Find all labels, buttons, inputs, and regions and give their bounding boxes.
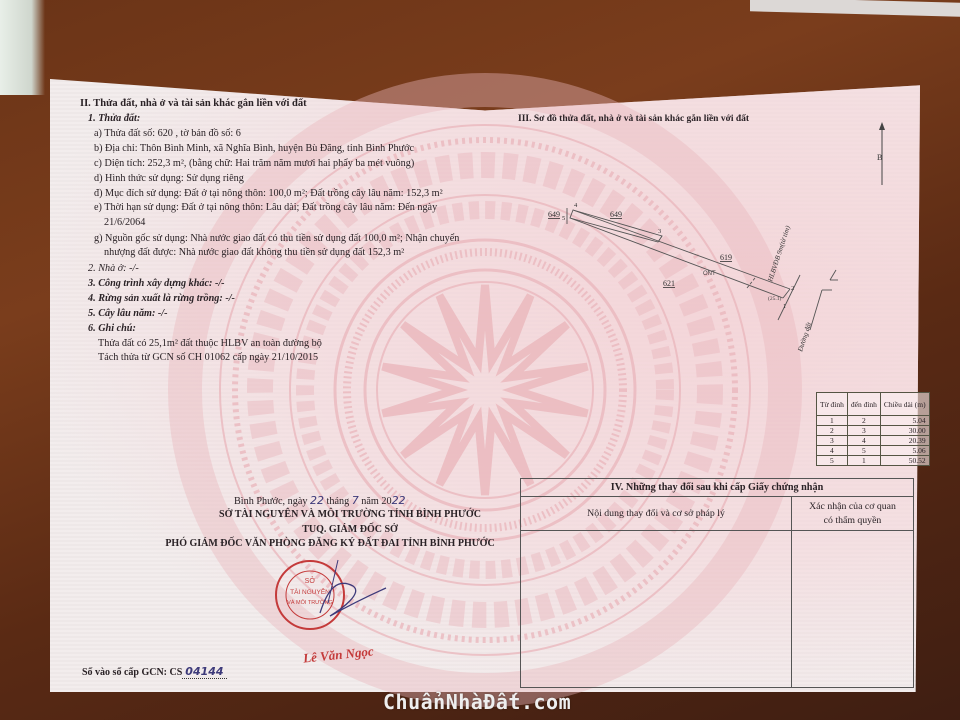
date-prefix: Bình Phước, ngày [234,496,307,507]
edge-length: 50.52 [880,456,929,466]
usage-term: e) Thời hạn sử dụng: Đất ở tại nông thôn… [94,201,437,216]
section-4-title: IV. Những thay đổi sau khi cấp Giấy chứn… [521,479,913,497]
to-vertex: 5 [847,446,880,456]
registry-value: 04144 [182,665,226,679]
vertex-5: 5 [562,215,565,222]
on-behalf-title: TUQ. GIÁM ĐỐC SỞ [190,523,510,538]
stamp-line-2: TÀI NGUYÊN [290,587,330,596]
road-label: Đường đất [796,320,814,353]
corridor-note: HLBVĐB 9m(từ tim) [766,224,792,283]
date-month-label: tháng [327,496,350,507]
adjacent-parcel-649-left: 649 [548,210,560,219]
parcel-number: a) Thửa đất số: 620 , tờ bản đồ số: 6 [94,127,241,142]
land-parcel-heading: 1. Thửa đất: [88,112,140,127]
usage-form: d) Hình thức sử dụng: Sử dụng riêng [94,172,244,187]
col-from-vertex: Từ đỉnh [817,393,848,416]
edge-length: 30.00 [880,426,929,436]
parcel-area: c) Diện tích: 252,3 m², (bằng chữ: Hai t… [94,157,414,172]
note-2: Tách thửa từ GCN số CH 01062 cấp ngày 21… [98,351,318,366]
changes-col-confirmation: Xác nhận của cơ quan có thẩm quyền [792,497,913,530]
usage-origin-cont: nhượng đất được: Nhà nước giao đất không… [104,246,404,261]
edge-row: 5150.52 [817,456,930,466]
from-vertex: 4 [817,446,848,456]
from-vertex: 1 [817,416,848,426]
parcel-address: b) Địa chỉ: Thôn Bình Minh, xã Nghĩa Bìn… [94,142,414,157]
corridor-area: (25.1) [768,295,781,302]
edge-row: 3420.39 [817,436,930,446]
edge-row: 2330.00 [817,426,930,436]
to-vertex: 1 [847,456,880,466]
col-to-vertex: đến đỉnh [847,393,880,416]
section-2-title: II. Thửa đất, nhà ở và tài sản khác gắn … [80,97,307,112]
land-use-code: ONT [703,271,716,277]
adjacent-parcel-619: 619 [720,253,732,262]
vertex-4: 4 [574,202,578,209]
adjacent-parcel-649-top: 649 [610,210,622,219]
from-vertex: 2 [817,426,848,436]
usage-origin: g) Nguồn gốc sử dụng: Nhà nước giao đất … [94,232,459,247]
perennial-item: 5. Cây lâu năm: -/- [88,307,168,322]
edge-length-table: Từ đỉnh đến đỉnh Chiều dài (m) 125.04233… [816,392,930,466]
edge-row: 455.06 [817,446,930,456]
background-glare [0,0,45,95]
date-day: 22 [310,494,324,507]
to-vertex: 4 [847,436,880,446]
date-month: 7 [352,494,359,507]
adjacent-parcel-621: 621 [663,279,675,288]
usage-term-date: 21/6/2064 [104,216,145,231]
note-1: Thửa đất có 25,1m² đất thuộc HLBV an toà… [98,337,322,352]
signer-title: PHÓ GIÁM ĐỐC VĂN PHÒNG ĐĂNG KÝ ĐẤT ĐAI T… [150,537,510,552]
date-year-label: năm 20 [361,496,391,507]
usage-purpose: đ) Mục đích sử dụng: Đất ở tại nông thôn… [94,187,443,202]
date-year: 22 [392,494,406,507]
col-length: Chiều dài (m) [880,393,929,416]
changes-col-content: Nội dung thay đổi và cơ sở pháp lý [521,497,792,530]
confirmation-line-1: Xác nhận của cơ quan [792,500,913,514]
from-vertex: 3 [817,436,848,446]
north-label: B [877,153,882,162]
edge-length: 5.06 [880,446,929,456]
edge-length: 20.39 [880,436,929,446]
edge-length: 5.04 [880,416,929,426]
changes-table: IV. Những thay đổi sau khi cấp Giấy chứn… [520,478,914,688]
registry-number: Số vào sổ cấp GCN: CS04144 [82,665,227,681]
notes-heading: 6. Ghi chú: [88,322,136,337]
official-stamp: SỞ TÀI NGUYÊN VÀ MÔI TRƯỜNG [268,558,398,638]
house-item: 2. Nhà ở: -/- [88,262,139,277]
changes-content-cell [521,531,792,688]
registry-label: Số vào sổ cấp GCN: CS [82,667,182,678]
confirmation-line-2: có thẩm quyền [792,514,913,528]
to-vertex: 2 [847,416,880,426]
stamp-line-1: SỞ [305,576,316,585]
background-paper-edge [750,0,960,17]
edge-row: 125.04 [817,416,930,426]
site-watermark: ChuẩnNhàĐất.com [383,690,571,714]
vertex-3: 3 [658,228,661,235]
parcel-map: 4 5 3 2 1 B 649 649 619 621 ONT (25.1) H… [510,120,910,380]
forest-item: 4. Rừng sản xuất là rừng trồng: -/- [88,292,235,307]
vertex-2: 2 [791,285,794,292]
other-construction-item: 3. Công trình xây dựng khác: -/- [88,277,225,292]
issuing-org: SỞ TÀI NGUYÊN VÀ MÔI TRƯỜNG TỈNH BÌNH PH… [190,508,510,523]
from-vertex: 5 [817,456,848,466]
to-vertex: 3 [847,426,880,436]
stamp-line-3: VÀ MÔI TRƯỜNG [287,599,333,606]
vertex-1: 1 [783,303,786,310]
